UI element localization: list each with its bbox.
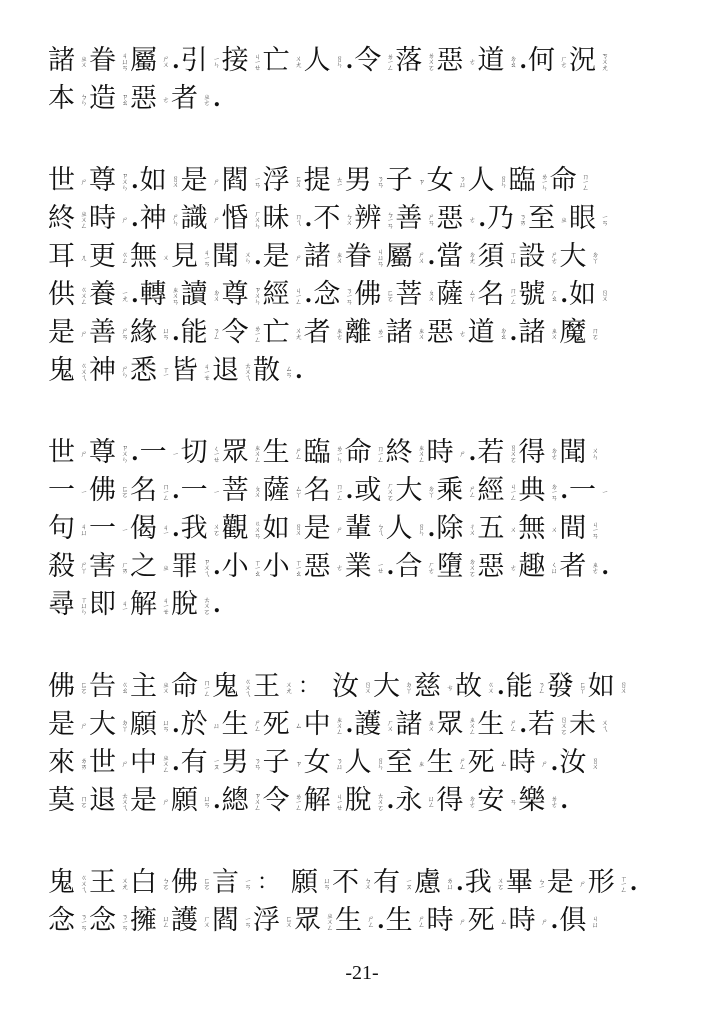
annotated-character: 菩ㄆㄨ [222,476,263,506]
annotated-character: 護ㄏㄨ [354,710,395,740]
annotated-character: 男ㄋㄢ [222,748,263,778]
zhuyin-annotation: ㄍㄨㄢ [250,520,261,538]
annotated-character: 菩ㄆㄨ [395,280,436,310]
hanzi-character: 業 [345,552,372,582]
text-line: 一ㄧ佛ㄈㄛ名ㄇㄧㄥ.一ㄧ菩ㄆㄨ薩ㄙㄚ名ㄇㄧㄥ.或ㄏㄨㄛ大ㄉㄚ乘ㄕㄥ經ㄐㄧㄥ典ㄉㄧ… [48,472,688,510]
hanzi-character: 未 [569,710,596,740]
hanzi-character: 是 [48,710,75,740]
hanzi-character: 如 [140,166,167,196]
hanzi-character: 不 [313,204,340,234]
annotated-character: 於ㄩ [181,710,222,740]
annotated-character: 解ㄐㄧㄝ [304,786,345,816]
hanzi-character: 殺 [48,552,75,582]
hanzi-character: 眾 [436,710,463,740]
hanzi-character: 大 [373,672,400,702]
zhuyin-annotation: ㄐㄩ [587,915,598,927]
hanzi-character: 念 [89,906,116,936]
period-punctuation: . [377,908,385,934]
annotated-character: 尊ㄗㄨㄣ [89,438,130,468]
hanzi-character: 亡 [263,46,290,76]
zhuyin-annotation: ㄕㄥ [505,719,516,731]
annotated-character: 王ㄨㄤ [89,868,130,898]
zhuyin-annotation: ㄐㄩㄢ [117,52,128,70]
zhuyin-annotation: ㄊㄧ [332,176,343,187]
hanzi-character: 念 [48,906,75,936]
hanzi-character: 尊 [222,280,249,310]
hanzi-character: 或 [354,476,381,506]
text-line: 鬼ㄍㄨㄟ王ㄨㄤ白ㄅㄛ佛ㄈㄛ言ㄧㄢ：願ㄩㄢ不ㄅㄨ有ㄧㄡ慮ㄌㄩ.我ㄨㄛ畢ㄅㄧ是ㄕ形ㄒ… [48,864,688,902]
annotated-character: 生ㄕㄥ [335,906,376,936]
annotated-character: 合ㄏㄜ [395,552,436,582]
period-punctuation: . [428,516,436,542]
hanzi-character: 死 [263,710,290,740]
annotated-character: 佛ㄈㄛ [354,280,395,310]
annotated-character: 是ㄕ [181,166,222,196]
hanzi-character: 世 [89,748,116,778]
zhuyin-annotation: ㄗㄨㄣ [117,172,128,190]
hanzi-character: 惡 [304,552,331,582]
annotated-character: 死ㄙ [468,748,509,778]
hanzi-character: 人 [345,748,372,778]
hanzi-character: 浮 [253,906,280,936]
zhuyin-annotation: ㄕㄣ [117,365,128,377]
zhuyin-annotation: ㄨㄛ [209,523,220,535]
period-punctuation: . [478,206,486,232]
zhuyin-annotation: ㄧㄢ [240,916,251,927]
hanzi-character: 如 [263,514,290,544]
zhuyin-annotation: ㄉㄚ [423,485,434,497]
zhuyin-annotation: ㄕㄨ [158,55,169,67]
hanzi-character: 經 [263,280,290,310]
hanzi-character: 子 [386,166,413,196]
zhuyin-annotation: ㄩ [209,722,220,728]
annotated-character: 命ㄇㄧㄥ [550,166,591,196]
zhuyin-annotation: ㄖㄨ [616,681,627,693]
annotated-character: 主ㄓㄨ [130,672,171,702]
annotated-character: 解ㄐㄧㄝ [130,590,171,620]
zhuyin-annotation: ㄅㄛ [158,877,169,889]
hanzi-character: 無 [518,514,545,544]
hanzi-character: 至 [528,204,555,234]
period-punctuation: . [172,320,180,346]
annotated-character: 中ㄓㄨㄥ [304,710,345,740]
annotated-character: 念ㄋㄧㄢ [313,280,354,310]
zhuyin-annotation: ㄏㄠ [546,289,557,301]
hanzi-character: 生 [263,438,290,468]
annotated-character: 尊ㄗㄨㄣ [89,166,130,196]
annotated-character: 閻ㄧㄢ [222,166,263,196]
zhuyin-annotation: ㄨㄛ [493,877,504,889]
hanzi-character: 道 [468,318,495,348]
annotated-character: 慈ㄘ [414,672,455,702]
annotated-character: 輩ㄅㄟ [345,514,386,544]
annotated-character: 諸ㄓㄨ [48,46,89,76]
annotated-character: 者ㄓㄜ [304,318,345,348]
zhuyin-annotation: ㄊㄨㄛ [199,596,210,614]
zhuyin-annotation: ㄇㄧㄥ [578,173,589,190]
annotated-character: 諸ㄓㄨ [304,242,345,272]
zhuyin-annotation: ㄌㄞ [76,757,87,769]
zhuyin-annotation: ㄕㄢ [117,327,128,339]
annotated-character: 或ㄏㄨㄛ [354,476,395,506]
annotated-character: 男ㄋㄢ [345,166,386,196]
zhuyin-annotation: ㄌㄨㄛ [423,52,434,70]
text-line: 是ㄕ大ㄉㄚ願ㄩㄢ.於ㄩ生ㄕㄥ死ㄙ中ㄓㄨㄥ.護ㄏㄨ諸ㄓㄨ眾ㄓㄨㄥ生ㄕㄥ.若ㄖㄨㄛ未… [48,706,688,744]
hanzi-character: 生 [386,906,413,936]
hanzi-character: 終 [48,204,75,234]
hanzi-character: 願 [291,868,318,898]
annotated-character: 形ㄒㄧㄥ [588,868,629,898]
annotated-character: 聞ㄨㄣ [559,438,600,468]
zhuyin-annotation: ㄓㄜ [199,93,210,105]
annotated-character: 發ㄈㄚ [547,672,588,702]
text-line: 本ㄅㄣ造ㄗㄠ惡ㄜ者ㄓㄜ. [48,80,688,118]
zhuyin-annotation: ㄈㄛ [199,877,210,889]
period-punctuation: . [305,282,313,308]
annotated-character: 善ㄕㄢ [395,204,436,234]
period-punctuation: . [510,320,518,346]
zhuyin-annotation: ㄨㄣ [587,447,598,459]
annotated-character: 惡ㄜ [427,318,468,348]
period-punctuation: . [346,712,354,738]
zhuyin-annotation: ㄓ [556,216,567,222]
annotated-character: 況ㄎㄨㄤ [569,46,610,76]
annotated-character: 皆ㄐㄧㄝ [171,356,212,386]
annotated-character: 養ㄧㄤ [89,280,130,310]
annotated-character: 屬ㄕㄨ [386,242,427,272]
hanzi-character: 罪 [171,552,198,582]
annotated-character: 神ㄕㄣ [140,204,181,234]
annotated-character: 永ㄩㄥ [395,786,436,816]
zhuyin-annotation: ㄘ [442,684,453,690]
hanzi-character: 時 [427,438,454,468]
hanzi-character: 本 [48,84,75,114]
zhuyin-annotation: ㄇㄧㄥ [158,483,169,500]
zhuyin-annotation: ㄐㄧㄝ [250,53,261,70]
zhuyin-annotation: ㄕ [76,450,87,456]
hanzi-character: 乘 [436,476,463,506]
hanzi-character: 之 [130,552,157,582]
annotated-character: 辨ㄅㄧㄢ [354,204,395,234]
period-punctuation: . [519,712,527,738]
hanzi-character: 白 [130,868,157,898]
hanzi-character: 莫 [48,786,75,816]
zhuyin-annotation: ㄢ [505,798,516,804]
annotated-character: 業ㄧㄝ [345,552,386,582]
zhuyin-annotation: ㄓㄨ [332,251,343,263]
hanzi-character: 佛 [171,868,198,898]
annotated-character: 若ㄖㄨㄛ [528,710,569,740]
hanzi-character: 神 [89,356,116,386]
zhuyin-annotation: ㄓㄨ [158,681,169,693]
hanzi-character: 時 [509,748,536,778]
hanzi-character: 臨 [304,438,331,468]
zhuyin-annotation: ㄕ [332,526,343,532]
text-line: 供ㄍㄨㄥ養ㄧㄤ.轉ㄓㄨㄢ讀ㄉㄨ尊ㄗㄨㄣ經ㄐㄧㄥ.念ㄋㄧㄢ佛ㄈㄛ菩ㄆㄨ薩ㄙㄚ名ㄇㄧ… [48,276,688,314]
paragraph: 世ㄕ尊ㄗㄨㄣ. 一ㄧ切ㄑㄧㄝ眾ㄓㄨㄥ生ㄕㄥ臨ㄌㄧㄣ命ㄇㄧㄥ終ㄓㄨㄥ時ㄕ.若ㄖㄨㄛ… [48,434,688,624]
annotated-character: 眾ㄓㄨㄥ [294,906,335,936]
zhuyin-annotation: ㄨㄤ [117,877,128,889]
annotated-character: 一ㄧ [181,476,222,506]
annotated-character: 死ㄙ [263,710,304,740]
text-line: 世ㄕ尊ㄗㄨㄣ.如ㄖㄨ是ㄕ閻ㄧㄢ浮ㄈㄨ提ㄊㄧ男ㄋㄢ子ㄗ女ㄋㄩ人ㄖㄣ臨ㄌㄧㄣ命ㄇㄧㄥ [48,162,688,200]
annotated-character: 一ㄧ [140,438,181,468]
annotated-character: 薩ㄙㄚ [263,476,304,506]
annotated-character: 終ㄓㄨㄥ [48,204,89,234]
text-line: 是ㄕ善ㄕㄢ緣ㄩㄢ.能ㄋㄥ令ㄌㄧㄥ亡ㄨㄤ者ㄓㄜ離ㄌㄧ諸ㄓㄨ惡ㄜ道ㄉㄠ.諸ㄓㄨ魔ㄇㄛ [48,314,688,352]
zhuyin-annotation: ㄧ [209,489,220,494]
zhuyin-annotation: ㄐㄩㄢ [373,248,384,266]
text-line: 句ㄐㄩ一ㄧ偈ㄐㄧ.我ㄨㄛ觀ㄍㄨㄢ如ㄖㄨ是ㄕ輩ㄅㄟ人ㄖㄣ.除ㄔㄨ五ㄨ無ㄨ間ㄐㄧㄢ [48,510,688,548]
annotated-character: 脫ㄊㄨㄛ [345,786,386,816]
hanzi-character: 合 [395,552,422,582]
annotated-character: 當ㄉㄤ [436,242,477,272]
hanzi-character: 閻 [212,906,239,936]
hanzi-character: 令 [222,318,249,348]
annotated-character: 供ㄍㄨㄥ [48,280,89,310]
hanzi-character: 讀 [181,280,208,310]
annotated-character: 退ㄊㄨㄟ [212,356,253,386]
annotated-character: 樂ㄌㄜ [518,786,559,816]
hanzi-character: 男 [222,748,249,778]
hanzi-character: 我 [465,868,492,898]
zhuyin-annotation: ㄇㄧㄥ [199,679,210,696]
annotated-character: 道ㄉㄠ [477,46,518,76]
period-punctuation: . [601,554,609,580]
hanzi-character: 慮 [414,868,441,898]
zhuyin-annotation: ㄋㄢ [250,757,261,769]
annotated-character: 除ㄔㄨ [436,514,477,544]
annotated-character: 緣ㄩㄢ [130,318,171,348]
zhuyin-annotation: ㄖㄨㄛ [556,716,567,734]
zhuyin-annotation: ㄎㄨㄤ [597,52,608,70]
hanzi-character: 是 [547,868,574,898]
zhuyin-annotation: ㄆㄨ [423,289,434,301]
hanzi-character: 眾 [222,438,249,468]
annotated-character: 不ㄅㄨ [313,204,354,234]
hanzi-character: 中 [304,710,331,740]
hanzi-character: 五 [477,514,504,544]
text-line: 莫ㄇㄛ退ㄊㄨㄟ是ㄕ願ㄩㄢ.總ㄗㄨㄥ令ㄌㄧㄥ解ㄐㄧㄝ脫ㄊㄨㄛ.永ㄩㄥ得ㄉㄜ安ㄢ樂ㄌ… [48,782,688,820]
hanzi-character: 命 [345,438,372,468]
annotated-character: 名ㄇㄧㄥ [304,476,345,506]
hanzi-character: 除 [436,514,463,544]
annotated-character: 至ㄓ [528,204,569,234]
hanzi-character: 薩 [436,280,463,310]
hanzi-character: 佛 [354,280,381,310]
annotated-character: 生ㄕㄥ [427,748,468,778]
hanzi-character: 主 [130,672,157,702]
hanzi-character: 俱 [559,906,586,936]
hanzi-character: 惡 [427,318,454,348]
annotated-character: 鬼ㄍㄨㄟ [48,868,89,898]
zhuyin-annotation: ㄕㄥ [363,915,374,927]
hanzi-character: 解 [304,786,331,816]
zhuyin-annotation: ㄐㄧㄥ [291,287,302,304]
hanzi-character: 趣 [518,552,545,582]
annotated-character: 小ㄒㄧㄠ [263,552,304,582]
zhuyin-annotation: ㄖㄨㄛ [505,444,516,462]
hanzi-character: 大 [395,476,422,506]
annotated-character: 有ㄧㄡ [373,868,414,898]
zhuyin-annotation: ㄙㄢ [281,365,292,377]
annotated-character: 願ㄩㄢ [130,710,171,740]
hanzi-character: 脫 [171,590,198,620]
annotated-character: 得ㄉㄜ [518,438,559,468]
hanzi-character: 故 [455,672,482,702]
annotated-character: 如ㄖㄨ [588,672,629,702]
annotated-character: 離ㄌㄧ [345,318,386,348]
annotated-character: 時ㄕ [89,204,130,234]
annotated-character: 汝ㄖㄨ [559,748,600,778]
zhuyin-annotation: ㄓ [414,760,425,766]
annotated-character: 名ㄇㄧㄥ [477,280,518,310]
annotated-character: 畢ㄅㄧ [506,868,547,898]
annotated-character: 白ㄅㄛ [130,868,171,898]
annotated-character: 惡ㄜ [436,46,477,76]
hanzi-character: 眷 [345,242,372,272]
annotated-character: 聞ㄨㄣ [212,242,253,272]
annotated-character: 經ㄐㄧㄥ [477,476,518,506]
hanzi-character: 善 [89,318,116,348]
annotated-character: 時ㄕ [509,748,550,778]
hanzi-character: 有 [373,868,400,898]
zhuyin-annotation: ㄕㄥ [464,485,475,497]
zhuyin-annotation: ㄐㄧㄢ [199,249,210,266]
annotated-character: 神ㄕㄣ [89,356,130,386]
zhuyin-annotation: ㄉㄚ [587,251,598,263]
zhuyin-annotation: ㄕㄥ [291,447,302,459]
zhuyin-annotation: ㄩㄢ [158,327,169,339]
hanzi-character: 命 [171,672,198,702]
hanzi-character: 生 [427,748,454,778]
annotated-character: 轉ㄓㄨㄢ [140,280,181,310]
zhuyin-annotation: ㄜ [464,216,475,222]
hanzi-character: 何 [528,46,555,76]
annotated-character: 世ㄕ [48,166,89,196]
hanzi-character: 安 [477,786,504,816]
zhuyin-annotation: ㄉㄜ [546,447,557,459]
text-line: 念ㄋㄧㄢ念ㄋㄧㄢ擁ㄩㄥ護ㄏㄨ閻ㄧㄢ浮ㄈㄨ眾ㄓㄨㄥ生ㄕㄥ.生ㄕㄥ時ㄕ死ㄙ時ㄕ.俱ㄐ… [48,902,688,940]
zhuyin-annotation: ㄌㄧㄥ [291,793,302,810]
zhuyin-annotation: ㄕ [158,798,169,804]
zhuyin-annotation: ㄏㄜ [423,561,434,573]
period-punctuation: . [131,282,139,308]
zhuyin-annotation: ㄅㄣ [76,93,87,105]
hanzi-character: 令 [263,786,290,816]
hanzi-character: 惛 [222,204,249,234]
hanzi-character: 引 [181,46,208,76]
hanzi-character: 悉 [130,356,157,386]
hanzi-character: 時 [509,906,536,936]
zhuyin-annotation: ㄓㄨㄥ [158,754,169,772]
hanzi-character: 諸 [386,318,413,348]
annotated-character: 得ㄉㄜ [436,786,477,816]
hanzi-character: 畢 [506,868,533,898]
zhuyin-annotation: ㄕ [455,450,466,456]
hanzi-character: 時 [427,906,454,936]
zhuyin-annotation: ㄕ [117,760,128,766]
zhuyin-annotation: ㄌㄩ [442,877,453,889]
zhuyin-annotation: ㄉㄠ [505,55,516,67]
annotated-character: 我ㄨㄛ [181,514,222,544]
zhuyin-annotation: ㄗㄨㄣ [117,444,128,462]
annotated-character: 子ㄗ [386,166,427,196]
hanzi-character: 我 [181,514,208,544]
zhuyin-annotation: ㄋㄥ [209,327,220,339]
annotated-character: 偈ㄐㄧ [130,514,171,544]
annotated-character: 趣ㄑㄩ [518,552,559,582]
annotated-character: 乘ㄕㄥ [436,476,477,506]
hanzi-character: 命 [550,166,577,196]
annotated-character: 道ㄉㄠ [468,318,509,348]
annotated-character: 識ㄕ [181,204,222,234]
hanzi-character: 見 [171,242,198,272]
annotated-character: 何ㄏㄜ [528,46,569,76]
period-punctuation: . [213,788,221,814]
annotated-character: 汝ㄖㄨ [332,672,373,702]
hanzi-character: 惡 [477,552,504,582]
zhuyin-annotation: ㄐㄧㄝ [199,363,210,380]
annotated-character: 總ㄗㄨㄥ [222,786,263,816]
annotated-character: 人ㄖㄣ [304,46,345,76]
zhuyin-annotation: ㄕㄥ [414,915,425,927]
hanzi-character: 緣 [130,318,157,348]
zhuyin-annotation: ㄒㄧ [158,366,169,377]
period-punctuation: . [560,478,568,504]
hanzi-character: 眼 [569,204,596,234]
period-punctuation: . [305,206,313,232]
zhuyin-annotation: ㄖㄨ [360,681,371,693]
annotated-character: 切ㄑㄧㄝ [181,438,222,468]
hanzi-character: 菩 [222,476,249,506]
zhuyin-annotation: ㄒㄩㄣ [76,596,87,614]
zhuyin-annotation: ㄕㄥ [250,719,261,731]
zhuyin-annotation: ㄗㄨㄣ [250,286,261,304]
hanzi-character: 亡 [263,318,290,348]
annotated-character: 命ㄇㄧㄥ [171,672,212,702]
hanzi-character: 不 [332,868,359,898]
zhuyin-annotation: ㄨ [505,526,516,532]
hanzi-character: 大 [559,242,586,272]
zhuyin-annotation: ㄖㄣ [496,175,507,187]
annotated-character: 須ㄒㄩ [477,242,518,272]
annotated-character: 小ㄒㄧㄠ [222,552,263,582]
page-number: -21- [0,962,724,985]
paragraph: 世ㄕ尊ㄗㄨㄣ.如ㄖㄨ是ㄕ閻ㄧㄢ浮ㄈㄨ提ㄊㄧ男ㄋㄢ子ㄗ女ㄋㄩ人ㄖㄣ臨ㄌㄧㄣ命ㄇㄧㄥ… [48,162,688,390]
annotated-character: 者ㄓㄜ [559,552,600,582]
zhuyin-annotation: ㄧㄢ [240,878,251,889]
annotated-character: 眼ㄧㄢ [569,204,610,234]
hanzi-character: 須 [477,242,504,272]
annotated-character: 惡ㄜ [477,552,518,582]
annotated-character: 人ㄖㄣ [345,748,386,778]
annotated-character: 死ㄙ [468,906,509,936]
hanzi-character: 者 [171,84,198,114]
annotated-character: 脫ㄊㄨㄛ [171,590,212,620]
hanzi-character: 惡 [436,46,463,76]
period-punctuation: . [346,48,354,74]
annotated-character: 惡ㄜ [304,552,345,582]
zhuyin-annotation: ㄊㄨㄟ [240,362,251,380]
zhuyin-annotation: ㄏㄨ [199,915,210,927]
hanzi-character: 惡 [130,84,157,114]
zhuyin-annotation: ㄇㄛ [587,327,598,339]
hanzi-character: 養 [89,280,116,310]
zhuyin-annotation: ㄓㄨㄥ [464,716,475,734]
zhuyin-annotation: ㄓㄨㄥ [414,444,425,462]
annotated-character: 臨ㄌㄧㄣ [509,166,550,196]
